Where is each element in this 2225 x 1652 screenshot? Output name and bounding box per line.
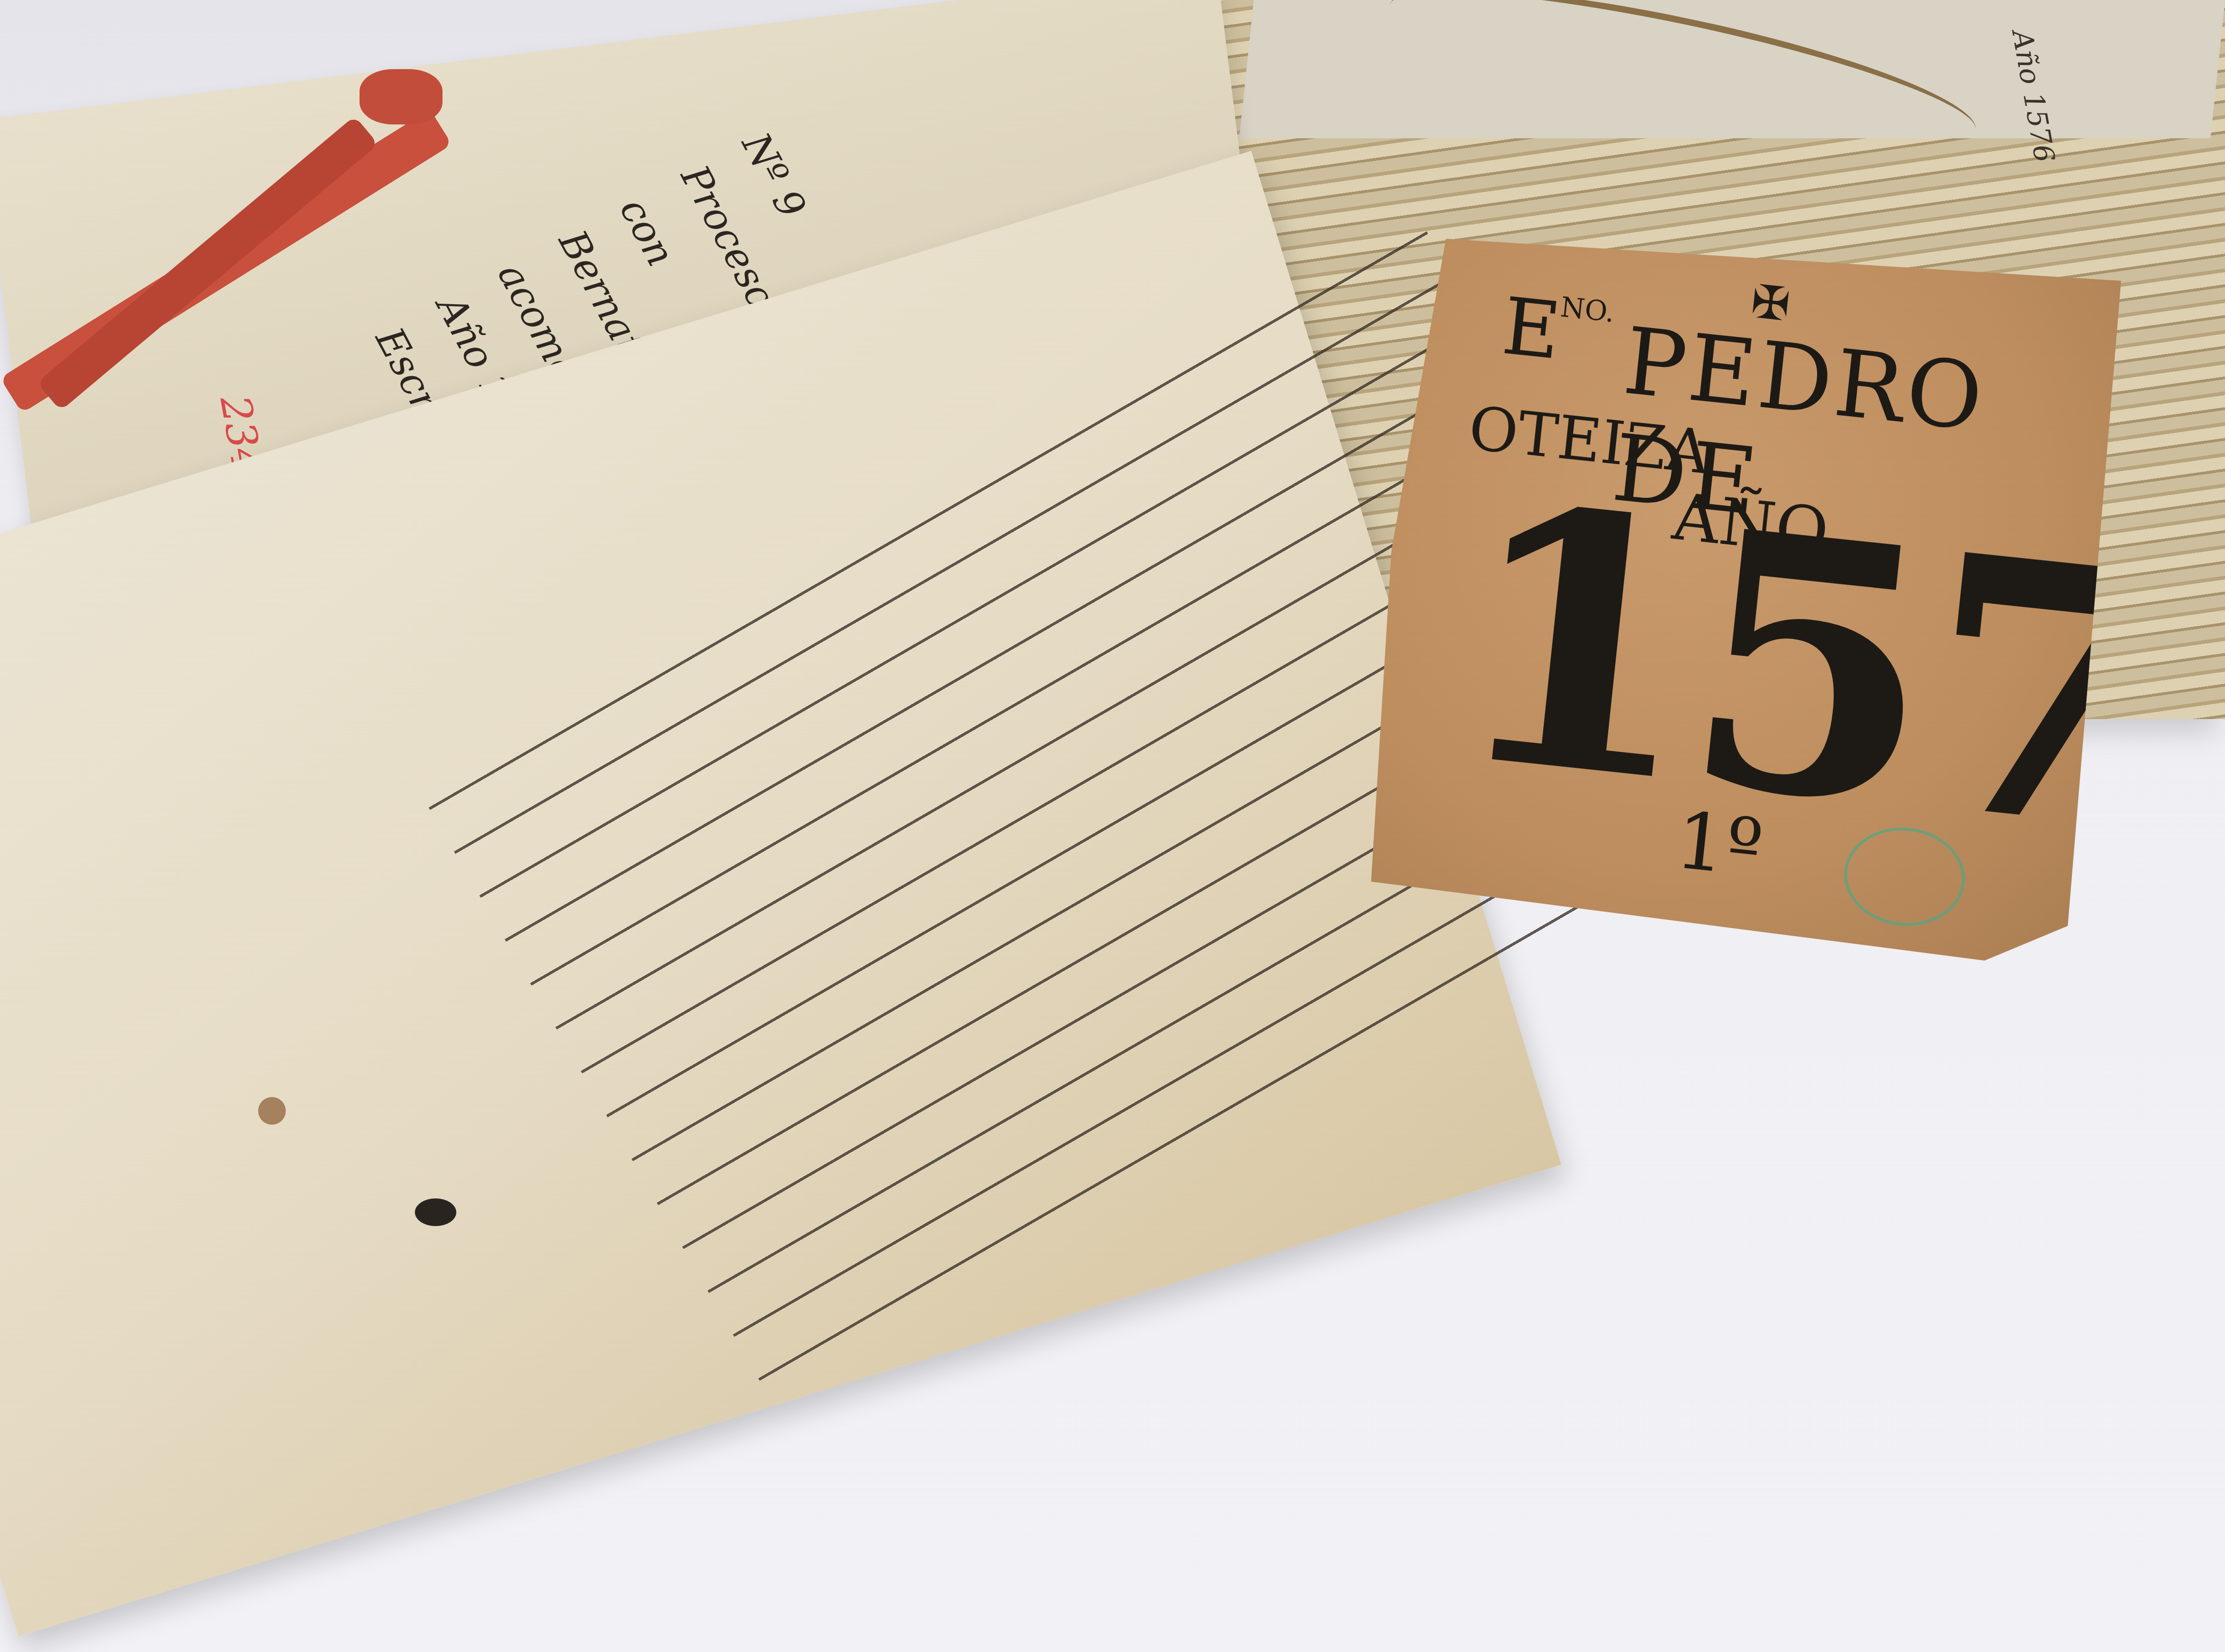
label-prefix: E: [1498, 281, 1564, 378]
ribbon-knot: [360, 69, 443, 124]
rust-stain: [258, 1097, 286, 1125]
archive-label-card: E NO. ✠ PEDRO DE OTEIZA AÑO 1576 1º: [1354, 194, 2144, 984]
label-prefix-sup: NO.: [1559, 291, 1616, 329]
ink-blot: [415, 1198, 456, 1226]
label-volume: 1º: [1671, 795, 1767, 895]
